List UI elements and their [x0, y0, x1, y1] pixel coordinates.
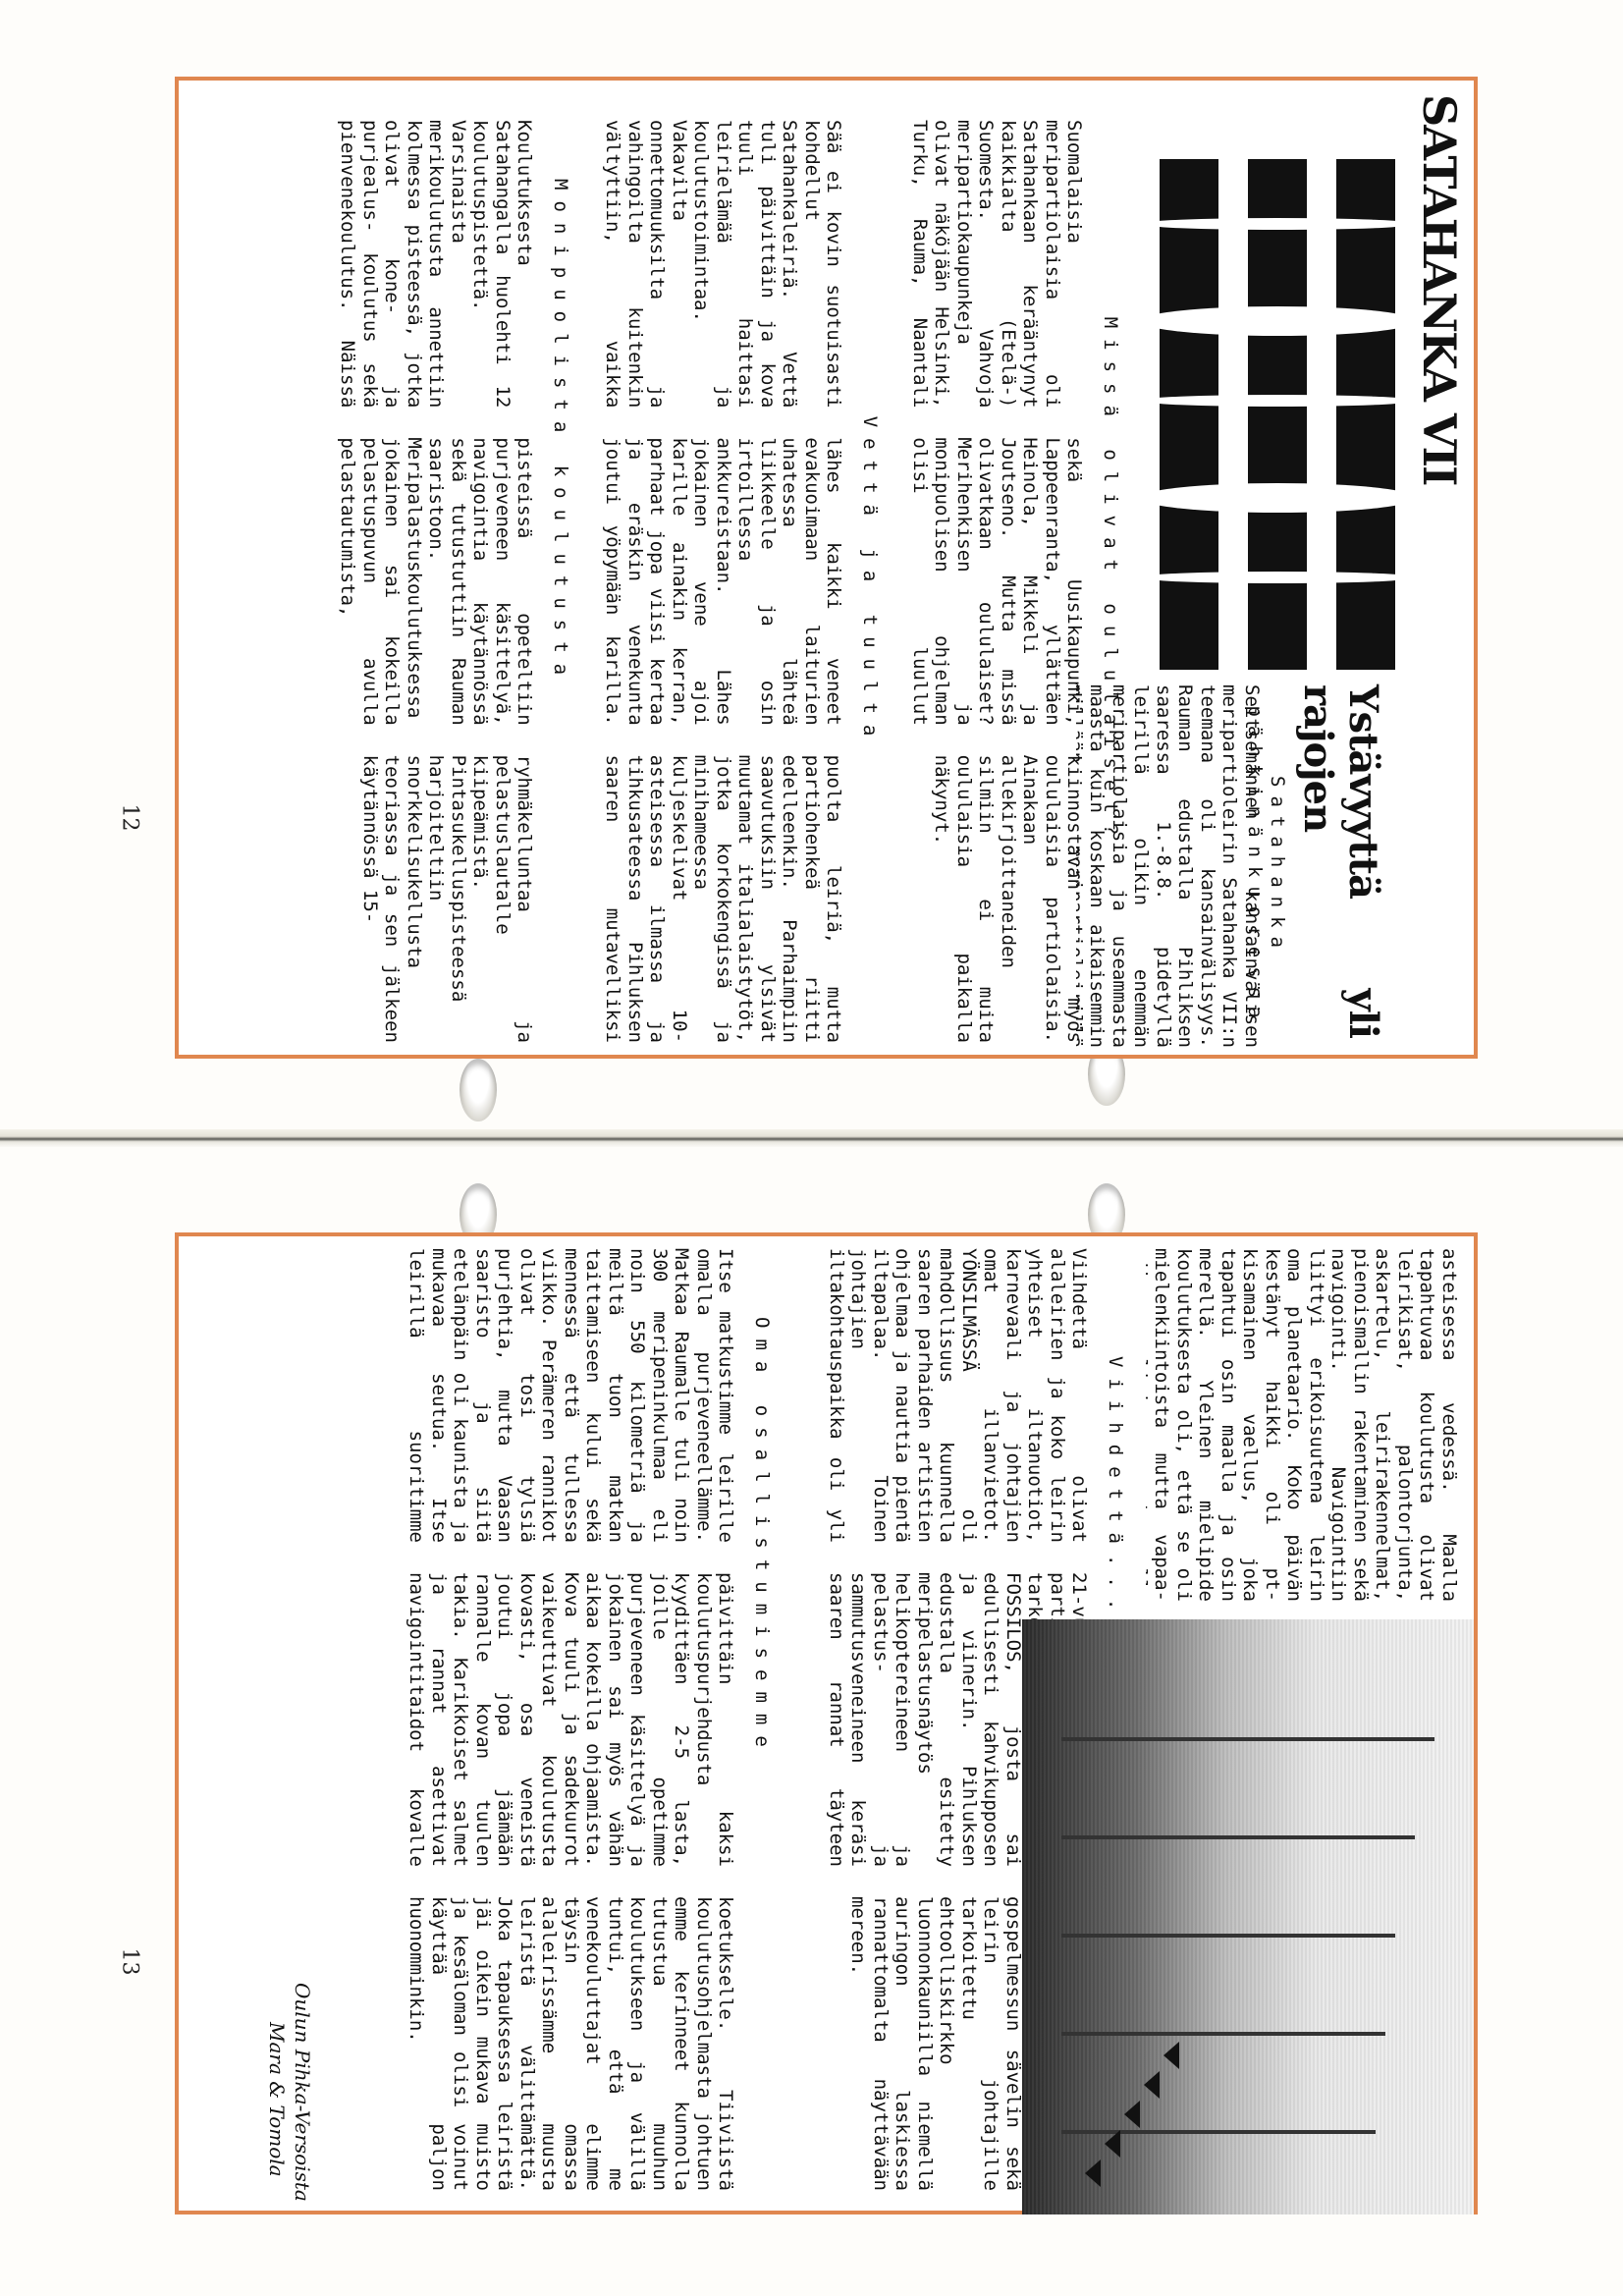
satahanka-logo — [1160, 159, 1395, 670]
page-number-13: 13 — [118, 1948, 142, 1976]
section-vetta-ja-tuulta: Vettä ja tuulta Sää ei kovin suotuisasti… — [600, 120, 894, 1043]
logo-title: SATAHANKA VII — [1415, 94, 1464, 485]
headline: Ystävyyttä yli rajojen — [1295, 684, 1385, 1038]
signature-block: Oulun Pihka-Versoista Mara & Tomola — [264, 1983, 315, 2218]
section3-heading: Monipuolista koulutusta — [550, 120, 572, 1043]
page-13-frame: asteisessa vedessä. Maalla tapahtuvaa ko… — [175, 1232, 1478, 2214]
section1-text: Suomalaisia meripartiolaisia oli Satahan… — [909, 120, 1086, 1043]
signature-line-1: Oulun Pihka-Versoista — [290, 1983, 315, 2218]
booklet-fold — [0, 1129, 1623, 1147]
section2-text: Sää ei kovin suotuisasti kohdellut Satah… — [600, 120, 845, 1043]
section-missa-olivat: Missä olivat oululaiset? Suomalaisia mer… — [909, 120, 1135, 1043]
page13-continuation: asteisessa vedessä. Maalla tapahtuvaa ko… — [1146, 1248, 1460, 1602]
section3-text: Koulutuksesta Satahangalla huolehti 12 k… — [337, 120, 536, 1043]
section-monipuolista-koulutusta: Monipuolista koulutusta Koulutuksesta Sa… — [192, 120, 585, 1043]
section1-heading: Missä olivat oululaiset? — [1100, 120, 1122, 1043]
continuation-text: asteisessa vedessä. Maalla tapahtuvaa ko… — [1146, 1248, 1460, 1602]
section5-heading: Oma osallistumisemme — [751, 1248, 774, 2191]
page-12-frame: SATAHANKA VII Ystävyyttä yli rajojen Sat… — [175, 77, 1478, 1059]
section5-text: Itse matkustimme leirille omalla purjeve… — [406, 1248, 737, 2191]
camp-photo — [1022, 1619, 1474, 2214]
section2-heading: Vettä ja tuulta — [859, 120, 882, 1043]
signature-line-2: Mara & Tomola — [264, 1983, 290, 2218]
page-number-12: 12 — [118, 804, 142, 832]
punch-hole — [460, 1059, 497, 1121]
